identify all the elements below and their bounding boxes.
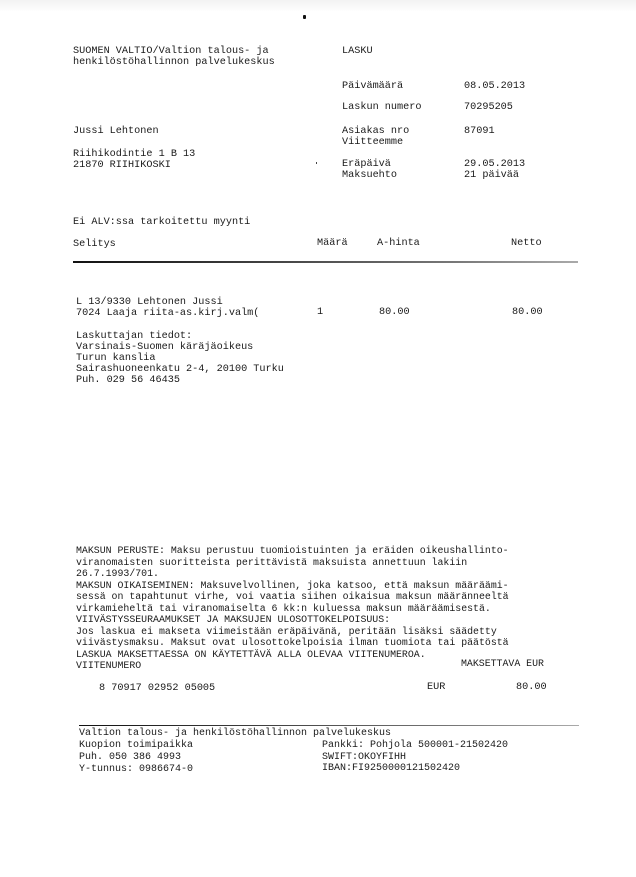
footer-office: Kuopion toimipaikka: [79, 740, 193, 751]
payment-terms-value: 21 päivää: [464, 170, 519, 181]
terms-line: MAKSUN OIKAISEMINEN: Maksuvelvollinen, j…: [76, 580, 509, 592]
vat-note: Ei ALV:ssa tarkoitettu myynti: [73, 217, 250, 228]
footer-business-id: Y-tunnus: 0986674-0: [79, 764, 193, 775]
sender-line-1: SUOMEN VALTIO/Valtion talous- ja: [73, 46, 269, 57]
footer-iban: IBAN:FI9250000121502420: [322, 763, 460, 774]
sender-line-2: henkilöstöhallinnon palvelukeskus: [73, 57, 275, 68]
row-net: 80.00: [512, 307, 543, 318]
date-label: Päivämäärä: [342, 81, 403, 92]
recipient-street: Riihikodintie 1 B 13: [73, 149, 195, 160]
terms-line: VIIVÄSTYSSEURAAMUKSET JA MAKSUJEN ULOSOT…: [76, 614, 390, 626]
customer-number-value: 87091: [464, 126, 495, 137]
row-quantity: 1: [317, 307, 323, 318]
recipient-city: 21870 RIIHIKOSKI: [73, 160, 171, 171]
footer-phone: Puh. 050 386 4993: [79, 752, 181, 763]
scan-speck: [303, 15, 306, 19]
our-reference-label: Viitteemme: [342, 137, 403, 148]
terms-line: Jos laskua ei makseta viimeistään eräpäi…: [76, 626, 497, 638]
scan-speck: [316, 162, 317, 164]
column-header-net: Netto: [511, 238, 542, 249]
amount-due-label: MAKSETTAVA EUR: [461, 658, 544, 669]
currency-code: EUR: [427, 682, 445, 693]
column-header-unit-price: A-hinta: [377, 238, 420, 249]
recipient-name: Jussi Lehtonen: [73, 126, 159, 137]
customer-number-label: Asiakas nro: [342, 126, 409, 137]
document-title: LASKU: [342, 46, 373, 57]
biller-line-2: Turun kanslia: [76, 353, 155, 364]
biller-line-4: Puh. 029 56 46435: [76, 375, 180, 386]
invoice-page: SUOMEN VALTIO/Valtion talous- ja henkilö…: [0, 0, 636, 877]
reference-number-label: VIITENUMERO: [76, 660, 141, 671]
terms-line: viivästysmaksu. Maksut ovat ulosottokelp…: [76, 637, 509, 649]
date-value: 08.05.2013: [464, 81, 525, 92]
footer-divider: [79, 725, 579, 726]
terms-line: LASKUA MAKSETTAESSA ON KÄYTETTÄVÄ ALLA O…: [76, 649, 426, 661]
biller-heading: Laskuttajan tiedot:: [76, 331, 192, 342]
row-description-line-1: L 13/9330 Lehtonen Jussi: [76, 297, 223, 308]
footer-swift: SWIFT:OKOYFIHH: [322, 752, 406, 763]
amount-due-value: 80.00: [516, 682, 547, 693]
biller-line-3: Sairashuoneenkatu 2-4, 20100 Turku: [76, 364, 284, 375]
row-description-line-2: 7024 Laaja riita-as.kirj.valm(: [76, 308, 259, 319]
terms-line: viranomaisten suoritteista perittävistä …: [76, 557, 467, 569]
biller-line-1: Varsinais-Suomen käräjäoikeus: [76, 342, 253, 353]
invoice-number-value: 70295205: [464, 102, 513, 113]
terms-line: virkamieheltä tai viranomaiselta 6 kk:n …: [76, 603, 491, 615]
column-header-description: Selitys: [73, 239, 116, 250]
terms-line: 26.7.1993/701.: [76, 568, 159, 580]
payment-terms-label: Maksuehto: [342, 170, 397, 181]
footer-bank: Pankki: Pohjola 500001-21502420: [322, 740, 508, 751]
column-header-quantity: Määrä: [317, 238, 348, 249]
reference-number-value: 8 70917 02952 05005: [99, 683, 215, 694]
footer-organization: Valtion talous- ja henkilöstöhallinnon p…: [79, 728, 391, 739]
terms-line: sessä on tapahtunut virhe, voi vaatia si…: [76, 591, 509, 603]
due-date-value: 29.05.2013: [464, 159, 525, 170]
header-divider: [73, 261, 578, 263]
terms-line: MAKSUN PERUSTE: Maksu perustuu tuomioist…: [76, 545, 509, 557]
invoice-number-label: Laskun numero: [342, 102, 421, 113]
row-unit-price: 80.00: [379, 307, 410, 318]
due-date-label: Eräpäivä: [342, 159, 391, 170]
